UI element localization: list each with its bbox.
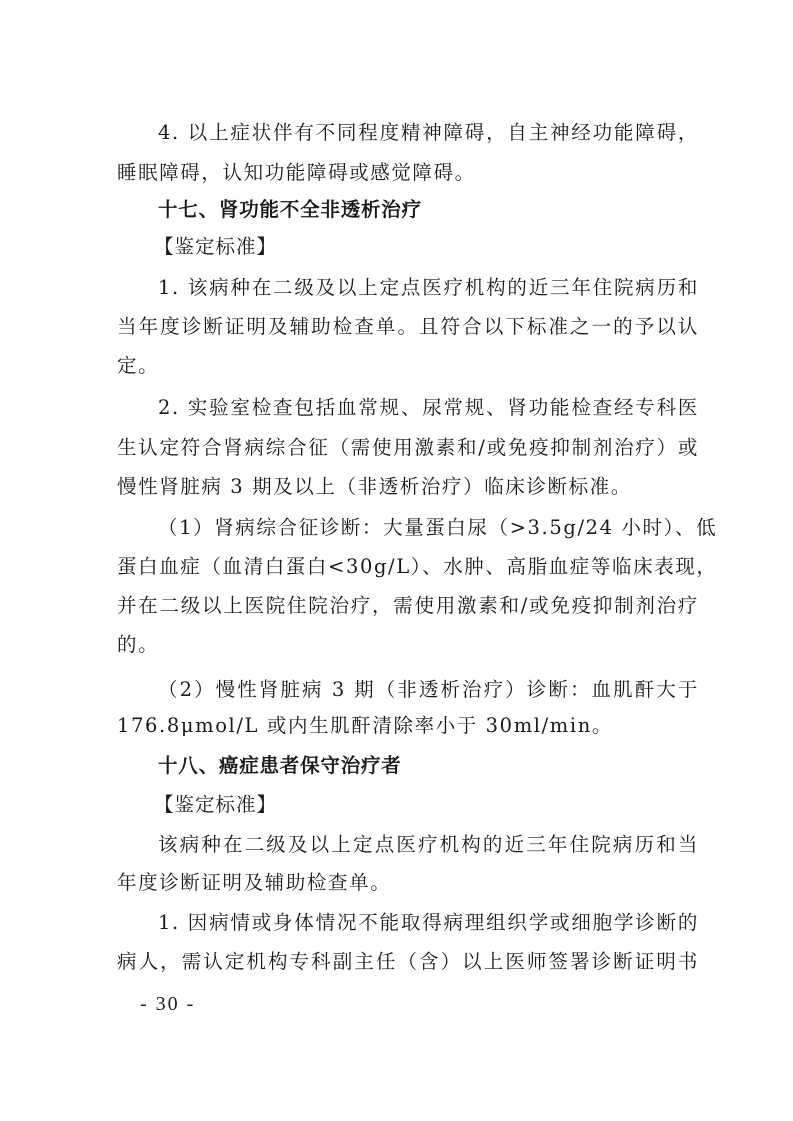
paragraph-17-1-line-1: 1. 该病种在二级及以上定点医疗机构的近三年住院病历和 xyxy=(158,275,699,301)
paragraph-18-intro-line-1: 该病种在二级及以上定点医疗机构的近三年住院病历和当 xyxy=(158,832,699,858)
section-heading-17: 十七、肾功能不全非透析治疗 xyxy=(158,197,699,223)
paragraph-17-2-2-line-1: （2）慢性肾脏病 3 期（非透析治疗）诊断：血肌酐大于 xyxy=(158,677,699,703)
subheading-criteria-17: 【鉴定标准】 xyxy=(154,234,736,260)
paragraph-item-4-line-1: 4. 以上症状伴有不同程度精神障碍，自主神经功能障碍， xyxy=(158,120,699,146)
paragraph-17-2-2-line-2: 176.8μmol/L 或内生肌酐清除率小于 30ml/min。 xyxy=(117,713,699,739)
paragraph-17-1-line-2: 当年度诊断证明及辅助检查单。且符合以下标准之一的予以认 xyxy=(117,314,699,340)
paragraph-17-2-line-2: 生认定符合肾病综合征（需使用激素和/或免疫抑制剂治疗）或 xyxy=(117,435,699,461)
paragraph-17-2-1-line-4: 的。 xyxy=(117,632,699,658)
page-number: - 30 - xyxy=(140,993,195,1016)
paragraph-item-4-line-2: 睡眠障碍，认知功能障碍或感觉障碍。 xyxy=(117,160,699,186)
paragraph-17-2-line-3: 慢性肾脏病 3 期及以上（非透析治疗）临床诊断标准。 xyxy=(117,474,699,500)
paragraph-17-1-line-3: 定。 xyxy=(117,353,699,379)
paragraph-17-2-1-line-1: （1）肾病综合征诊断：大量蛋白尿（>3.5g/24 小时）、低 xyxy=(158,515,699,541)
subheading-criteria-18: 【鉴定标准】 xyxy=(154,792,736,818)
paragraph-18-1-line-1: 1. 因病情或身体情况不能取得病理组织学或细胞学诊断的 xyxy=(158,910,699,936)
paragraph-17-2-1-line-3: 并在二级以上医院住院治疗，需使用激素和/或免疫抑制剂治疗 xyxy=(117,593,699,619)
paragraph-17-2-1-line-2: 蛋白血症（血清白蛋白<30g/L）、水肿、高脂血症等临床表现， xyxy=(117,554,699,580)
document-page: 4. 以上症状伴有不同程度精神障碍，自主神经功能障碍， 睡眠障碍，认知功能障碍或… xyxy=(0,0,793,1121)
paragraph-18-1-line-2: 病人，需认定机构专科副主任（含）以上医师签署诊断证明书 xyxy=(117,949,699,975)
paragraph-18-intro-line-2: 年度诊断证明及辅助检查单。 xyxy=(117,870,699,896)
paragraph-17-2-line-1: 2. 实验室检查包括血常规、尿常规、肾功能检查经专科医 xyxy=(158,395,699,421)
section-heading-18: 十八、癌症患者保守治疗者 xyxy=(158,753,699,779)
